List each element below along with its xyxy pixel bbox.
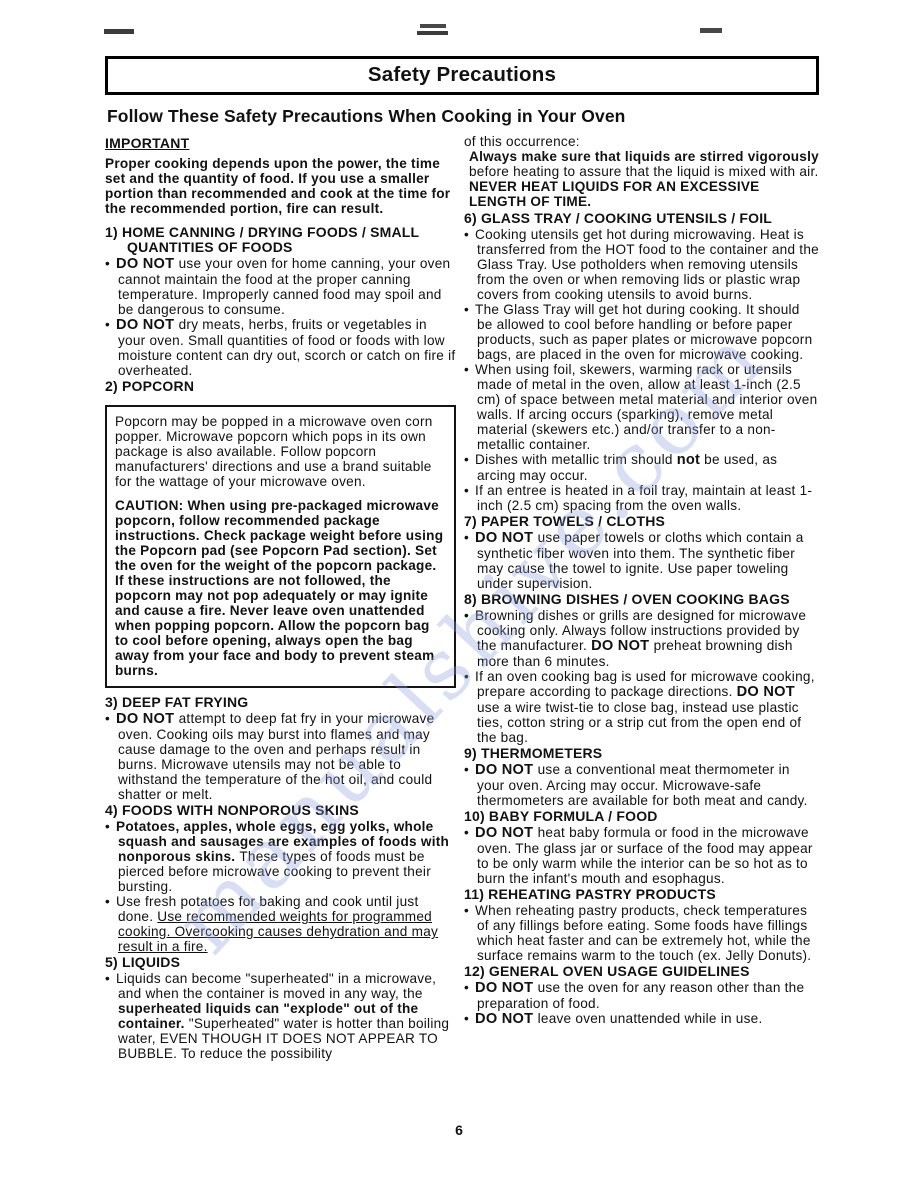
bullet-dot: • <box>464 903 475 918</box>
page-number: 6 <box>0 1122 918 1138</box>
text-run: DO NOT <box>475 980 538 996</box>
text-run: DO NOT <box>591 638 654 654</box>
text-run: Proper cooking depends upon the power, t… <box>105 156 450 216</box>
text-run: CAUTION: When using pre-packaged microwa… <box>115 498 443 573</box>
bullet-item: • When using foil, skewers, warming rack… <box>464 362 819 452</box>
right-column: of this occurrence:Always make sure that… <box>464 134 819 1027</box>
text-run: If an entree is heated in a foil tray, m… <box>475 483 812 513</box>
bullet-item: • DO NOT dry meats, herbs, fruits or veg… <box>105 317 456 378</box>
bullet-item: • Cooking utensils get hot during microw… <box>464 227 819 302</box>
text-run: use a wire twist-tie to close bag, inste… <box>477 700 801 745</box>
bullet-item: • Potatoes, apples, whole eggs, egg yolk… <box>105 819 456 894</box>
paragraph: of this occurrence: <box>464 134 819 149</box>
popcorn-warning-box: Popcorn may be popped in a microwave ove… <box>105 405 456 688</box>
bullet-dot: • <box>464 227 475 242</box>
left-column: IMPORTANTProper cooking depends upon the… <box>105 134 456 1061</box>
box-paragraph: If these instructions are not followed, … <box>115 573 446 678</box>
text-run: DO NOT <box>116 317 179 333</box>
text-run: DO NOT <box>116 711 179 727</box>
bullet-item: • DO NOT use the oven for any reason oth… <box>464 980 819 1011</box>
bullet-dot: • <box>464 530 475 545</box>
bullet-item: • DO NOT leave oven unattended while in … <box>464 1011 819 1027</box>
section-heading: 5) LIQUIDS <box>105 955 456 970</box>
section-subtitle: Follow These Safety Precautions When Coo… <box>107 106 819 127</box>
scan-artifact <box>420 24 446 28</box>
manual-page: Safety Precautions Follow These Safety P… <box>0 0 918 1188</box>
bullet-dot: • <box>464 362 475 377</box>
text-run: NEVER HEAT LIQUIDS FOR AN EXCESSIVE LENG… <box>469 179 759 209</box>
section-heading: 2) POPCORN <box>105 379 456 394</box>
bullet-item: • DO NOT heat baby formula or food in th… <box>464 825 819 886</box>
paragraph: Proper cooking depends upon the power, t… <box>105 156 456 216</box>
heading-important: IMPORTANT <box>105 136 456 151</box>
text-run: DO NOT <box>475 1011 538 1027</box>
bullet-dot: • <box>105 711 116 726</box>
scan-artifact <box>417 31 448 35</box>
bullet-dot: • <box>464 1011 475 1026</box>
section-heading: 11) REHEATING PASTRY PRODUCTS <box>464 887 819 902</box>
text-run: DO NOT <box>475 530 538 546</box>
bullet-dot: • <box>105 894 116 909</box>
bullet-dot: • <box>464 762 475 777</box>
text-run: When using foil, skewers, warming rack o… <box>475 362 817 452</box>
text-run: If these instructions are not followed, … <box>115 573 434 678</box>
paragraph: Always make sure that liquids are stirre… <box>464 149 819 209</box>
box-paragraph: Popcorn may be popped in a microwave ove… <box>115 414 446 489</box>
bullet-dot: • <box>464 669 475 684</box>
section-heading: 8) BROWNING DISHES / OVEN COOKING BAGS <box>464 592 819 607</box>
scan-artifact <box>104 29 134 34</box>
bullet-dot: • <box>464 608 475 623</box>
bullet-dot: • <box>105 819 116 834</box>
section-heading: 7) PAPER TOWELS / CLOTHS <box>464 514 819 529</box>
bullet-dot: • <box>464 483 475 498</box>
section-heading: 1) HOME CANNING / DRYING FOODS / SMALL Q… <box>105 225 456 255</box>
section-heading: 12) GENERAL OVEN USAGE GUIDELINES <box>464 964 819 979</box>
text-run: Popcorn may be popped in a microwave ove… <box>115 414 433 489</box>
two-column-layout: IMPORTANTProper cooking depends upon the… <box>105 134 819 1061</box>
text-run: Always make sure that liquids are stirre… <box>469 149 819 164</box>
section-heading: 6) GLASS TRAY / COOKING UTENSILS / FOIL <box>464 211 819 226</box>
bullet-item: • DO NOT use paper towels or cloths whic… <box>464 530 819 591</box>
text-run: Dishes with metallic trim should <box>475 452 677 467</box>
page-title: Safety Precautions <box>368 63 556 86</box>
text-run: DO NOT <box>475 762 538 778</box>
section-heading: 10) BABY FORMULA / FOOD <box>464 809 819 824</box>
page-title-box: Safety Precautions <box>105 56 819 95</box>
text-run: Liquids can become "superheated" in a mi… <box>116 971 436 1001</box>
bullet-item: • DO NOT use a conventional meat thermom… <box>464 762 819 808</box>
text-run: DO NOT <box>116 256 179 272</box>
bullet-item: • Browning dishes or grills are designed… <box>464 608 819 669</box>
bullet-dot: • <box>464 825 475 840</box>
section-heading: 3) DEEP FAT FRYING <box>105 695 456 710</box>
bullet-dot: • <box>105 971 116 986</box>
text-run: When reheating pastry products, check te… <box>475 903 811 963</box>
text-run: before heating to assure that the liquid… <box>469 164 819 179</box>
bullet-item: • DO NOT attempt to deep fat fry in your… <box>105 711 456 802</box>
scan-artifact <box>700 28 722 33</box>
section-heading: 4) FOODS WITH NONPOROUS SKINS <box>105 803 456 818</box>
bullet-dot: • <box>464 980 475 995</box>
bullet-item: • Dishes with metallic trim should not b… <box>464 452 819 483</box>
bullet-item: • If an entree is heated in a foil tray,… <box>464 483 819 513</box>
text-run: Cooking utensils get hot during microwav… <box>475 227 819 302</box>
bullet-item: • Use fresh potatoes for baking and cook… <box>105 894 456 954</box>
bullet-item: • The Glass Tray will get hot during coo… <box>464 302 819 362</box>
bullet-dot: • <box>464 302 475 317</box>
text-run: DO NOT <box>475 825 538 841</box>
box-paragraph: CAUTION: When using pre-packaged microwa… <box>115 498 446 573</box>
text-run: not <box>677 452 700 468</box>
bullet-dot: • <box>105 256 116 271</box>
text-run: Use recommended weights for programmed c… <box>118 909 438 954</box>
section-heading: 9) THERMOMETERS <box>464 746 819 761</box>
text-run: DO NOT <box>737 684 795 700</box>
page-content: Safety Precautions Follow These Safety P… <box>105 56 819 1061</box>
text-run: The Glass Tray will get hot during cooki… <box>475 302 812 362</box>
bullet-item: • When reheating pastry products, check … <box>464 903 819 963</box>
bullet-item: • DO NOT use your oven for home canning,… <box>105 256 456 317</box>
bullet-dot: • <box>105 317 116 332</box>
text-run: leave oven unattended while in use. <box>538 1011 763 1026</box>
bullet-item: • Liquids can become "superheated" in a … <box>105 971 456 1061</box>
bullet-item: • If an oven cooking bag is used for mic… <box>464 669 819 745</box>
bullet-dot: • <box>464 452 475 467</box>
